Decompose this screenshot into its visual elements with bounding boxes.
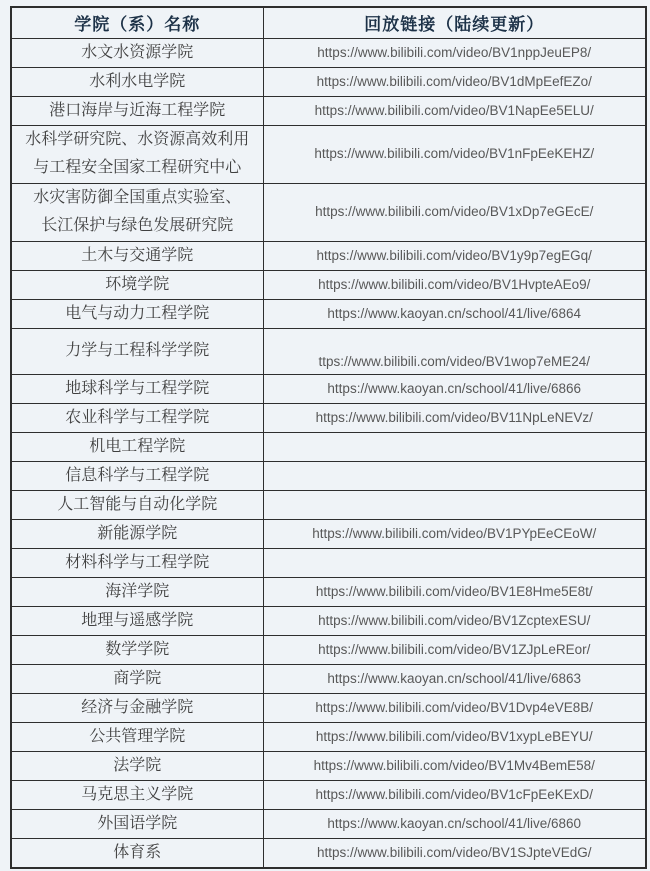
replay-link[interactable]: https://www.bilibili.com/video/BV1Zcptex… [263, 606, 646, 635]
replay-link[interactable]: ttps://www.bilibili.com/video/BV1wop7eME… [263, 328, 646, 374]
table-row: 信息科学与工程学院 [11, 461, 646, 490]
table-row: 外国语学院https://www.kaoyan.cn/school/41/liv… [11, 809, 646, 838]
replay-link[interactable]: https://www.bilibili.com/video/BV11NpLeN… [263, 403, 646, 432]
replay-link[interactable]: https://www.bilibili.com/video/BV1ZJpLeR… [263, 635, 646, 664]
replay-link[interactable]: https://www.bilibili.com/video/BV1E8Hme5… [263, 577, 646, 606]
table-row: 公共管理学院https://www.bilibili.com/video/BV1… [11, 722, 646, 751]
table-row: 地理与遥感学院https://www.bilibili.com/video/BV… [11, 606, 646, 635]
college-name-cell: 土木与交通学院 [11, 241, 263, 270]
replay-link[interactable]: https://www.bilibili.com/video/BV1xDp7eG… [263, 183, 646, 241]
college-name-cell: 体育系 [11, 838, 263, 868]
column-header-college: 学院（系）名称 [11, 7, 263, 38]
replay-link[interactable]: https://www.kaoyan.cn/school/41/live/686… [263, 664, 646, 693]
college-name-cell: 马克思主义学院 [11, 780, 263, 809]
college-name-cell: 港口海岸与近海工程学院 [11, 96, 263, 125]
college-name-cell: 新能源学院 [11, 519, 263, 548]
replay-link[interactable]: https://www.kaoyan.cn/school/41/live/686… [263, 809, 646, 838]
college-name-cell: 人工智能与自动化学院 [11, 490, 263, 519]
table-row: 材料科学与工程学院 [11, 548, 646, 577]
table-row: 力学与工程科学学院 ttps://www.bilibili.com/video/… [11, 328, 646, 374]
table-row: 农业科学与工程学院https://www.bilibili.com/video/… [11, 403, 646, 432]
table-row: 经济与金融学院https://www.bilibili.com/video/BV… [11, 693, 646, 722]
college-name-cell: 力学与工程科学学院 [11, 328, 263, 374]
replay-link[interactable]: https://www.bilibili.com/video/BV1nppJeu… [263, 38, 646, 67]
college-name-cell: 数学学院 [11, 635, 263, 664]
college-name-cell: 信息科学与工程学院 [11, 461, 263, 490]
college-name-cell: 地理与遥感学院 [11, 606, 263, 635]
college-name-cell: 地球科学与工程学院 [11, 374, 263, 403]
college-name-cell: 商学院 [11, 664, 263, 693]
table-row: 新能源学院https://www.bilibili.com/video/BV1P… [11, 519, 646, 548]
replay-link[interactable]: https://www.bilibili.com/video/BV1xypLeB… [263, 722, 646, 751]
table-row: 数学学院https://www.bilibili.com/video/BV1ZJ… [11, 635, 646, 664]
replay-link[interactable]: https://www.bilibili.com/video/BV1PYpEeC… [263, 519, 646, 548]
table-row: 体育系https://www.bilibili.com/video/BV1SJp… [11, 838, 646, 868]
table-row: 水科学研究院、水资源高效利用 与工程安全国家工程研究中心https://www.… [11, 125, 646, 183]
college-name-cell: 海洋学院 [11, 577, 263, 606]
college-name-cell: 电气与动力工程学院 [11, 299, 263, 328]
college-name-cell: 机电工程学院 [11, 432, 263, 461]
college-name-cell: 农业科学与工程学院 [11, 403, 263, 432]
college-name-cell: 水灾害防御全国重点实验室、 长江保护与绿色发展研究院 [11, 183, 263, 241]
table-row: 人工智能与自动化学院 [11, 490, 646, 519]
table-row: 水利水电学院https://www.bilibili.com/video/BV1… [11, 67, 646, 96]
college-name-cell: 材料科学与工程学院 [11, 548, 263, 577]
table-row: 机电工程学院 [11, 432, 646, 461]
college-name-cell: 公共管理学院 [11, 722, 263, 751]
college-name-cell: 水科学研究院、水资源高效利用 与工程安全国家工程研究中心 [11, 125, 263, 183]
table-row: 法学院https://www.bilibili.com/video/BV1Mv4… [11, 751, 646, 780]
table-row: 港口海岸与近海工程学院https://www.bilibili.com/vide… [11, 96, 646, 125]
college-name-cell: 水利水电学院 [11, 67, 263, 96]
replay-link[interactable]: https://www.kaoyan.cn/school/41/live/686… [263, 299, 646, 328]
replay-link[interactable]: https://www.bilibili.com/video/BV1y9p7eg… [263, 241, 646, 270]
empty-link-cell [263, 461, 646, 490]
table-body: 水文水资源学院https://www.bilibili.com/video/BV… [11, 38, 646, 868]
table-row: 商学院https://www.kaoyan.cn/school/41/live/… [11, 664, 646, 693]
replay-link[interactable]: https://www.bilibili.com/video/BV1Mv4Bem… [263, 751, 646, 780]
college-name-cell: 外国语学院 [11, 809, 263, 838]
replay-link[interactable]: https://www.kaoyan.cn/school/41/live/686… [263, 374, 646, 403]
empty-link-cell [263, 432, 646, 461]
college-name-cell: 环境学院 [11, 270, 263, 299]
empty-link-cell [263, 490, 646, 519]
header-row: 学院（系）名称 回放链接（陆续更新） [11, 7, 646, 38]
replay-link[interactable]: https://www.bilibili.com/video/BV1cFpEeK… [263, 780, 646, 809]
replay-link[interactable]: https://www.bilibili.com/video/BV1SJpteV… [263, 838, 646, 868]
empty-link-cell [263, 548, 646, 577]
table-row: 水文水资源学院https://www.bilibili.com/video/BV… [11, 38, 646, 67]
college-name-cell: 经济与金融学院 [11, 693, 263, 722]
table-row: 电气与动力工程学院https://www.kaoyan.cn/school/41… [11, 299, 646, 328]
college-name-cell: 水文水资源学院 [11, 38, 263, 67]
college-name-cell: 法学院 [11, 751, 263, 780]
table-row: 地球科学与工程学院https://www.kaoyan.cn/school/41… [11, 374, 646, 403]
replay-link[interactable]: https://www.bilibili.com/video/BV1HvpteA… [263, 270, 646, 299]
replay-link[interactable]: https://www.bilibili.com/video/BV1Dvp4eV… [263, 693, 646, 722]
replay-link[interactable]: https://www.bilibili.com/video/BV1nFpEeK… [263, 125, 646, 183]
replay-link[interactable]: https://www.bilibili.com/video/BV1dMpEef… [263, 67, 646, 96]
table-row: 海洋学院https://www.bilibili.com/video/BV1E8… [11, 577, 646, 606]
table-row: 马克思主义学院https://www.bilibili.com/video/BV… [11, 780, 646, 809]
table-row: 环境学院https://www.bilibili.com/video/BV1Hv… [11, 270, 646, 299]
replay-link[interactable]: https://www.bilibili.com/video/BV1NapEe5… [263, 96, 646, 125]
column-header-link: 回放链接（陆续更新） [263, 7, 646, 38]
table-row: 水灾害防御全国重点实验室、 长江保护与绿色发展研究院https://www.bi… [11, 183, 646, 241]
replay-links-table: 学院（系）名称 回放链接（陆续更新） 水文水资源学院https://www.bi… [10, 6, 647, 869]
table-row: 土木与交通学院https://www.bilibili.com/video/BV… [11, 241, 646, 270]
